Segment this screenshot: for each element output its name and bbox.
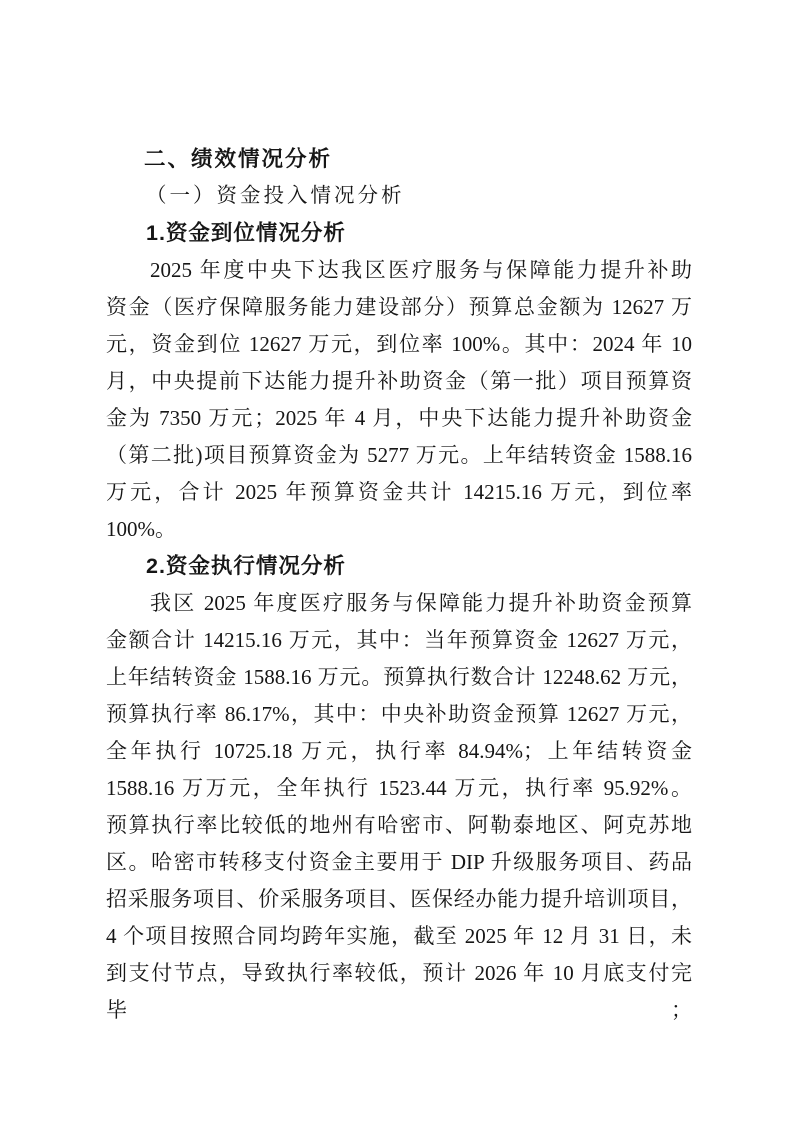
paragraph-line: 金为 7350 万元；2025 年 4 月，中央下达能力提升补助资金 xyxy=(106,400,692,437)
paragraph-line: 到支付节点，导致执行率较低，预计 2026 年 10 月底支付完毕； xyxy=(106,955,692,1029)
paragraph-line: 预算执行率比较低的地州有哈密市、阿勒泰地区、阿克苏地 xyxy=(106,807,692,844)
paragraph-line: 元，资金到位 12627 万元，到位率 100%。其中：2024 年 10 xyxy=(106,326,692,363)
paragraph-line: 预算执行率 86.17%，其中：中央补助资金预算 12627 万元， xyxy=(106,696,692,733)
paragraph-funds-execution: 我区 2025 年度医疗服务与保障能力提升补助资金预算 金额合计 14215.1… xyxy=(106,585,692,1029)
paragraph-line: 月，中央提前下达能力提升补助资金（第一批）项目预算资 xyxy=(106,363,692,400)
paragraph-line: 4 个项目按照合同均跨年实施，截至 2025 年 12 月 31 日，未 xyxy=(106,918,692,955)
paragraph-line: 全年执行 10725.18 万元，执行率 84.94%；上年结转资金 xyxy=(106,733,692,770)
document-page: 二、绩效情况分析 （一）资金投入情况分析 1.资金到位情况分析 2025 年度中… xyxy=(0,0,793,1122)
numbered-heading-2: 2.资金执行情况分析 xyxy=(106,548,692,585)
paragraph-line: 上年结转资金 1588.16 万元。预算执行数合计 12248.62 万元， xyxy=(106,659,692,696)
paragraph-line: 万元，合计 2025 年预算资金共计 14215.16 万元，到位率 xyxy=(106,474,692,511)
paragraph-line: 1588.16 万万元，全年执行 1523.44 万元，执行率 95.92%。 xyxy=(106,770,692,807)
paragraph-line: 100%。 xyxy=(106,511,692,548)
paragraph-funds-arrival: 2025 年度中央下达我区医疗服务与保障能力提升补助 资金（医疗保障服务能力建设… xyxy=(106,252,692,548)
numbered-heading-1: 1.资金到位情况分析 xyxy=(106,215,692,252)
paragraph-line: （第二批)项目预算资金为 5277 万元。上年结转资金 1588.16 xyxy=(106,437,692,474)
paragraph-line: 我区 2025 年度医疗服务与保障能力提升补助资金预算 xyxy=(106,585,692,622)
paragraph-line: 2025 年度中央下达我区医疗服务与保障能力提升补助 xyxy=(106,252,692,289)
paragraph-line: 资金（医疗保障服务能力建设部分）预算总金额为 12627 万 xyxy=(106,289,692,326)
paragraph-line: 区。哈密市转移支付资金主要用于 DIP 升级服务项目、药品 xyxy=(106,844,692,881)
document-content: 二、绩效情况分析 （一）资金投入情况分析 1.资金到位情况分析 2025 年度中… xyxy=(106,141,692,1029)
paragraph-line: 招采服务项目、价采服务项目、医保经办能力提升培训项目， xyxy=(106,881,692,918)
section-heading: 二、绩效情况分析 xyxy=(106,141,692,178)
subsection-heading: （一）资金投入情况分析 xyxy=(106,178,692,215)
paragraph-line: 金额合计 14215.16 万元，其中：当年预算资金 12627 万元， xyxy=(106,622,692,659)
